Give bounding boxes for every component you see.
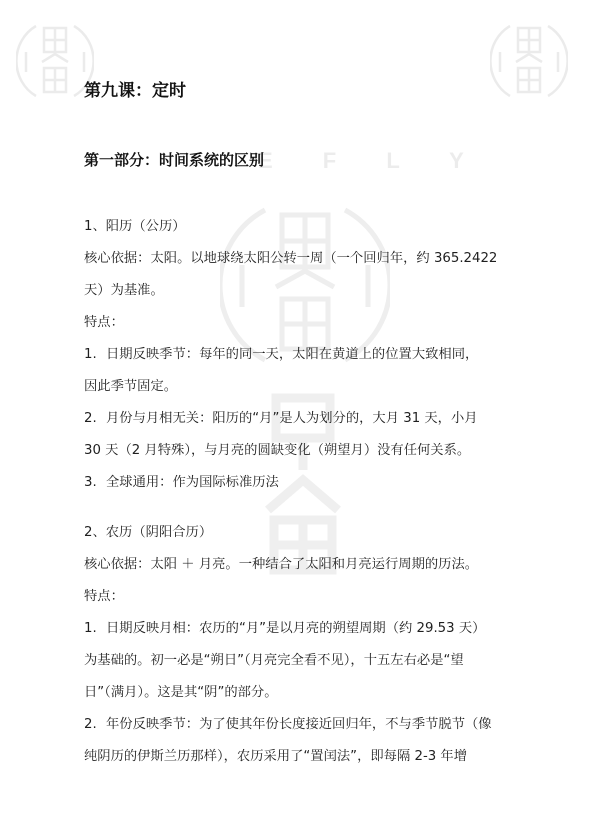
features-label: 特点： — [84, 588, 124, 606]
seal-logo-icon — [16, 18, 94, 104]
watermark-logo-top-left — [16, 18, 94, 104]
feature-text: 日期反映月相：农历的“月”是以月亮的朔望周期（约 29.53 天） — [106, 621, 485, 636]
feature-text-cont: 因此季节固定。 — [84, 378, 177, 396]
features-label: 特点： — [84, 314, 124, 332]
feature-number: 3. — [84, 474, 106, 492]
feature-item: 3.全球通用：作为国际标准历法 — [84, 474, 279, 492]
watermark-logo-top-right — [490, 18, 568, 104]
feature-item: 1.日期反映月相：农历的“月”是以月亮的朔望周期（约 29.53 天） — [84, 620, 485, 638]
section-basis-line: 核心依据：太阳 ＋ 月亮。一种结合了太阳和月亮运行周期的历法。 — [84, 556, 478, 574]
feature-text-cont: 纯阴历的伊斯兰历那样），农历采用了“置闰法”，即每隔 2-3 年增 — [84, 748, 467, 766]
feature-text: 日期反映季节：每年的同一天，太阳在黄道上的位置大致相同， — [106, 347, 478, 362]
lesson-title: 第九课：定时 — [84, 76, 186, 101]
feature-text: 全球通用：作为国际标准历法 — [106, 475, 279, 490]
section-heading-solar: 1、阳历（公历） — [84, 218, 186, 236]
section-heading-lunisolar: 2、农历（阴阳合历） — [84, 524, 212, 542]
feature-number: 2. — [84, 716, 106, 734]
feature-item: 1.日期反映季节：每年的同一天，太阳在黄道上的位置大致相同， — [84, 346, 478, 364]
feature-number: 1. — [84, 620, 106, 638]
feature-item: 2.月份与月相无关：阳历的“月”是人为划分的，大月 31 天，小月 — [84, 410, 478, 428]
feature-number: 2. — [84, 410, 106, 428]
feature-text-cont: 日”（满月）。这是其“阴”的部分。 — [84, 684, 278, 702]
watermark-text: E F L Y — [258, 148, 486, 174]
section-basis-line: 核心依据：太阳。以地球绕太阳公转一周（一个回归年，约 365.2422 — [84, 250, 497, 268]
section-basis-line: 天）为基准。 — [84, 282, 164, 300]
feature-text-cont: 为基础的。初一必是“朔日”（月亮完全看不见），十五左右必是“望 — [84, 652, 464, 670]
seal-logo-icon — [490, 18, 568, 104]
feature-text: 月份与月相无关：阳历的“月”是人为划分的，大月 31 天，小月 — [106, 411, 478, 426]
feature-text: 年份反映季节：为了使其年份长度接近回归年，不与季节脱节（像 — [106, 717, 492, 732]
feature-number: 1. — [84, 346, 106, 364]
feature-text-cont: 30 天（2 月特殊），与月亮的圆缺变化（朔望月）没有任何关系。 — [84, 442, 470, 460]
feature-item: 2.年份反映季节：为了使其年份长度接近回归年，不与季节脱节（像 — [84, 716, 492, 734]
part-title: 第一部分：时间系统的区别 — [84, 149, 264, 170]
